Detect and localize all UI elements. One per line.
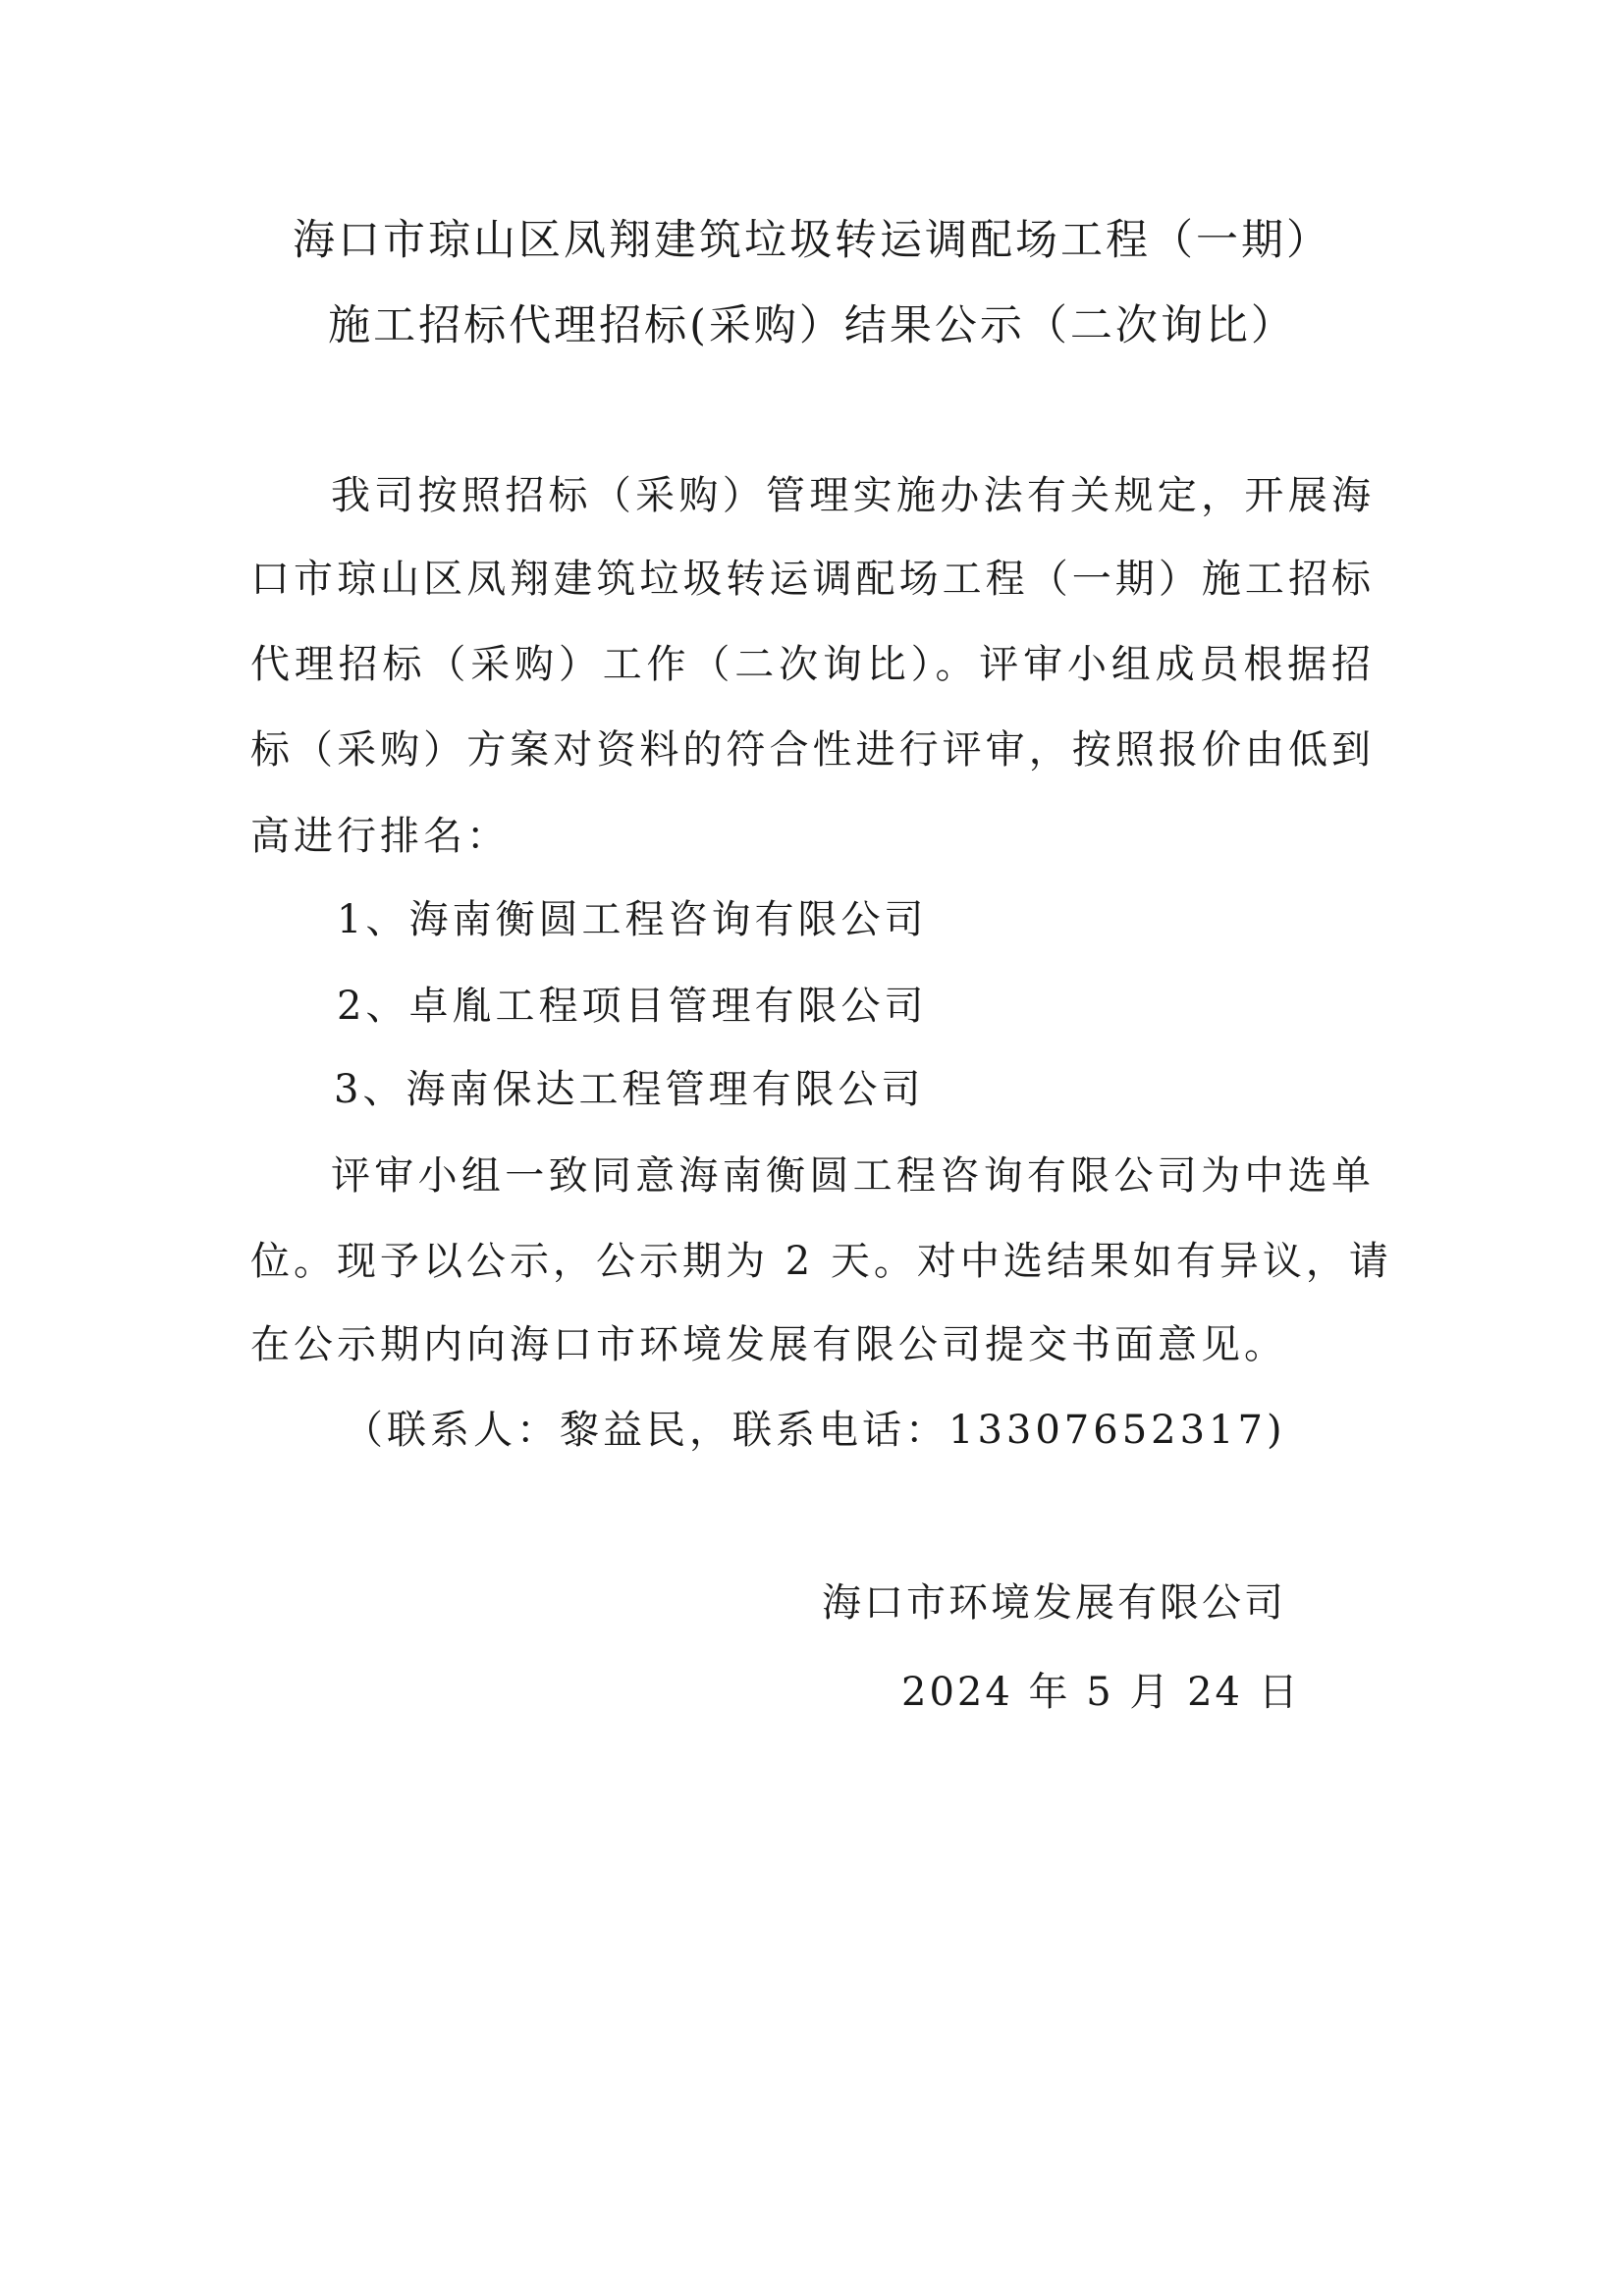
rank-number: 2、 (337, 984, 408, 1029)
signature-date: 2024 年 5 月 24 日 (901, 1665, 1301, 1720)
ranking-item-1: 1、海南衡圆工程咨询有限公司 (337, 892, 927, 947)
decision-line-3: 在公示期内向海口市环境发展有限公司提交书面意见。 (250, 1317, 1287, 1372)
ranking-item-3: 3、海南保达工程管理有限公司 (334, 1062, 924, 1117)
intro-line-2: 口市琼山区凤翔建筑垃圾转运调配场工程（一期）施工招标 (250, 552, 1375, 607)
intro-line-5: 高进行排名： (250, 809, 510, 864)
decision-line-2: 位。现予以公示，公示期为 2 天。对中选结果如有异议，请 (250, 1234, 1375, 1289)
company-name: 海南保达工程管理有限公司 (406, 1067, 924, 1112)
contact-info: （联系人：黎益民，联系电话：13307652317) (344, 1403, 1286, 1458)
company-name: 海南衡圆工程咨询有限公司 (408, 897, 927, 942)
intro-line-1: 我司按照招标（采购）管理实施办法有关规定，开展海 (331, 468, 1375, 523)
document-page: 海口市琼山区凤翔建筑垃圾转运调配场工程（一期） 施工招标代理招标(采购）结果公示… (0, 0, 1624, 2296)
ranking-item-2: 2、卓胤工程项目管理有限公司 (337, 979, 927, 1034)
document-title-line-2: 施工招标代理招标(采购）结果公示（二次询比） (0, 296, 1624, 355)
company-name: 卓胤工程项目管理有限公司 (408, 984, 927, 1029)
signature-organization: 海口市环境发展有限公司 (822, 1575, 1286, 1630)
rank-number: 1、 (337, 897, 408, 942)
decision-line-1: 评审小组一致同意海南衡圆工程咨询有限公司为中选单 (331, 1148, 1375, 1203)
rank-number: 3、 (334, 1067, 406, 1112)
intro-line-3: 代理招标（采购）工作（二次询比）。评审小组成员根据招 (250, 637, 1375, 692)
intro-line-4: 标（采购）方案对资料的符合性进行评审，按照报价由低到 (250, 722, 1375, 777)
document-title-line-1: 海口市琼山区凤翔建筑垃圾转运调配场工程（一期） (0, 211, 1624, 270)
